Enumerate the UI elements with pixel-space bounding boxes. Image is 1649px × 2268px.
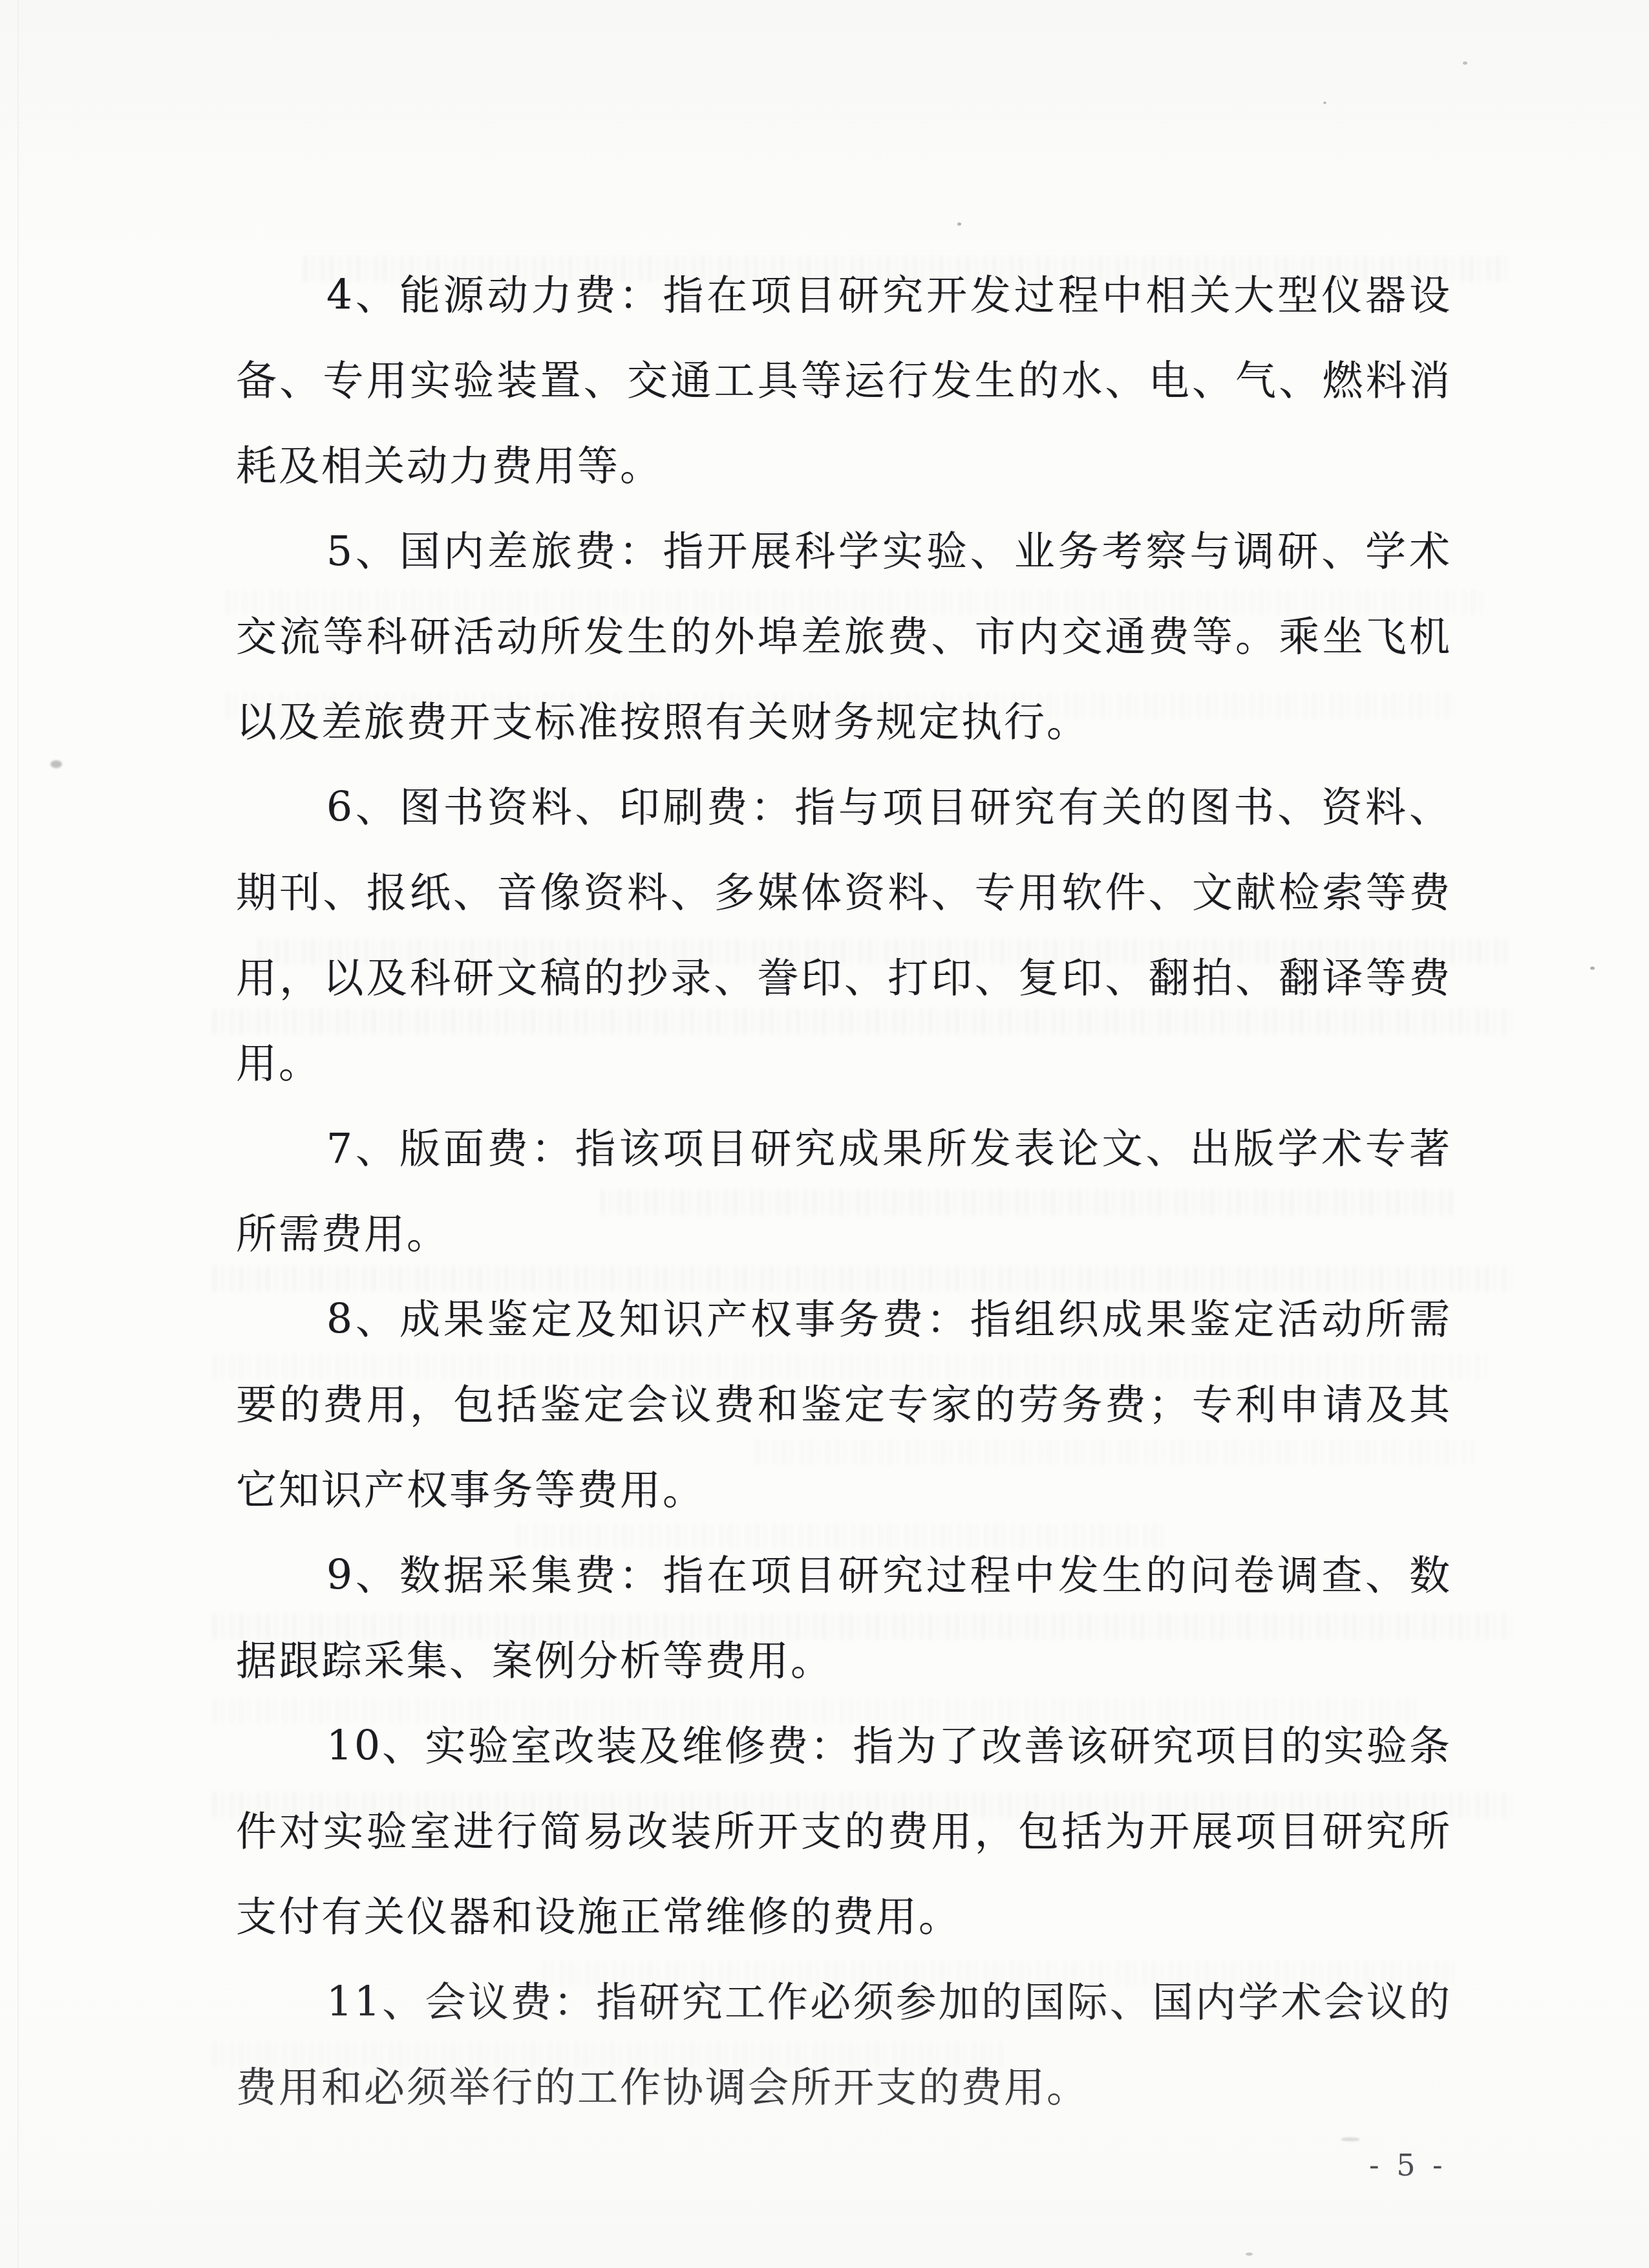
text-line: 用，以及科研文稿的抄录、誊印、打印、复印、翻拍、翻译等费 — [236, 936, 1452, 1021]
text-line: 支付有关仪器和设施正常维修的费用。 — [236, 1874, 1452, 1960]
text-line: 要的费用，包括鉴定会议费和鉴定专家的劳务费；专利申请及其 — [236, 1362, 1452, 1448]
text-line: 备、专用实验装置、交通工具等运行发生的水、电、气、燃料消 — [236, 338, 1452, 423]
text-line: 9、数据采集费：指在项目研究过程中发生的问卷调查、数 — [236, 1533, 1452, 1618]
text-line: 以及差旅费开支标准按照有关财务规定执行。 — [236, 679, 1452, 765]
scan-smudge — [50, 760, 62, 768]
text-line: 8、成果鉴定及知识产权事务费：指组织成果鉴定活动所需 — [236, 1277, 1452, 1362]
scanned-document-page: 4、能源动力费：指在项目研究开发过程中相关大型仪器设 备、专用实验装置、交通工具… — [0, 0, 1649, 2268]
scan-speck — [1590, 967, 1595, 970]
text-line: 件对实验室进行简易改装所开支的费用，包括为开展项目研究所 — [236, 1789, 1452, 1874]
document-body: 4、能源动力费：指在项目研究开发过程中相关大型仪器设 备、专用实验装置、交通工具… — [236, 253, 1452, 2130]
scanner-streak-artifact — [17, 0, 19, 2268]
text-line: 耗及相关动力费用等。 — [236, 423, 1452, 509]
text-line: 6、图书资料、印刷费：指与项目研究有关的图书、资料、 — [236, 765, 1452, 850]
scan-speck — [1323, 102, 1326, 104]
page-number: - 5 - — [1369, 2148, 1447, 2183]
text-line: 期刊、报纸、音像资料、多媒体资料、专用软件、文献检索等费 — [236, 850, 1452, 936]
text-line: 所需费用。 — [236, 1192, 1452, 1277]
text-line: 它知识产权事务等费用。 — [236, 1448, 1452, 1533]
scan-speck — [957, 222, 961, 226]
text-line: 4、能源动力费：指在项目研究开发过程中相关大型仪器设 — [236, 253, 1452, 338]
scan-speck — [1341, 2137, 1359, 2141]
text-line: 交流等科研活动所发生的外埠差旅费、市内交通费等。乘坐飞机 — [236, 594, 1452, 679]
text-line: 据跟踪采集、案例分析等费用。 — [236, 1618, 1452, 1704]
text-line: 10、实验室改装及维修费：指为了改善该研究项目的实验条 — [236, 1704, 1452, 1789]
text-line: 7、版面费：指该项目研究成果所发表论文、出版学术专著 — [236, 1106, 1452, 1192]
text-line: 费用和必须举行的工作协调会所开支的费用。 — [236, 2045, 1452, 2130]
scan-speck — [1463, 61, 1467, 65]
text-line: 11、会议费：指研究工作必须参加的国际、国内学术会议的 — [236, 1960, 1452, 2045]
scan-speck — [1246, 2252, 1253, 2256]
text-line: 5、国内差旅费：指开展科学实验、业务考察与调研、学术 — [236, 509, 1452, 594]
text-line: 用。 — [236, 1021, 1452, 1106]
